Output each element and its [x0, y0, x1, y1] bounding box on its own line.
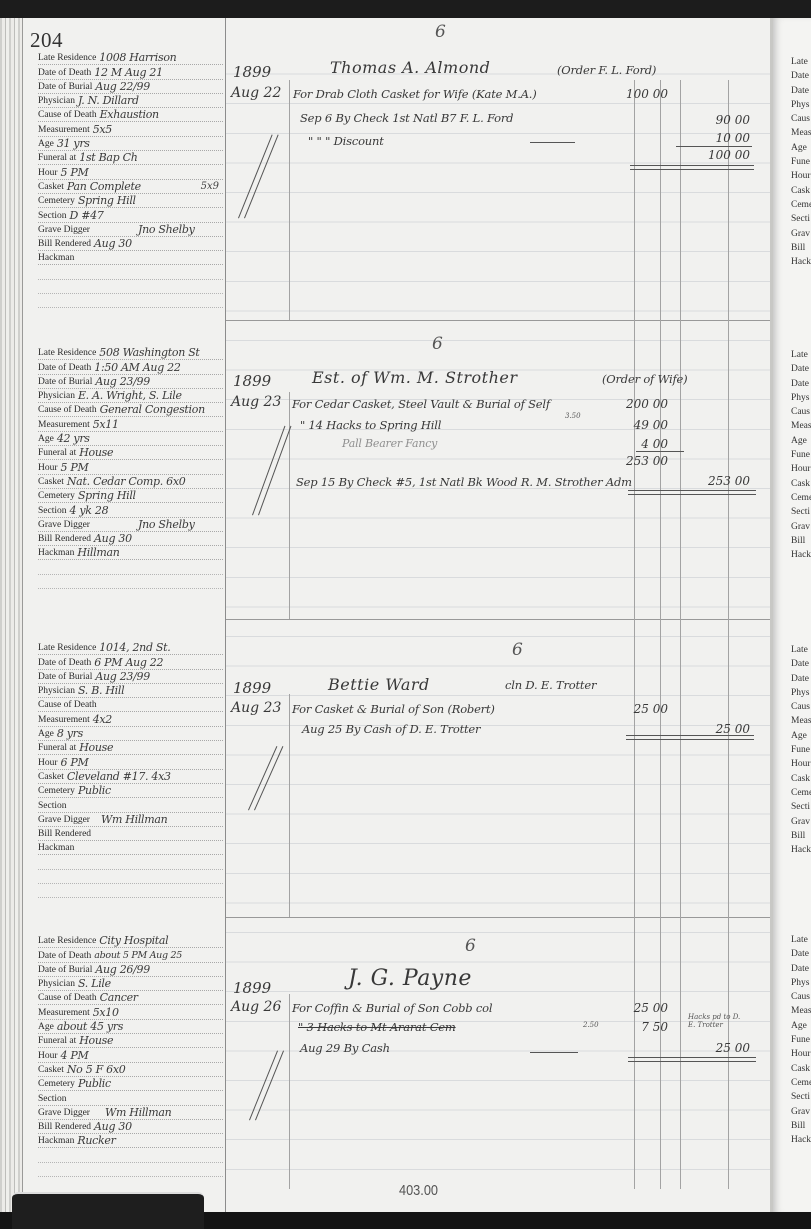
ledger-line: Sep 6 By Check 1st Natl B7 F. L. Ford	[300, 111, 513, 125]
field-late-residence: Late Residence1014, 2nd St.	[38, 641, 223, 655]
closing-double-rule	[628, 490, 756, 495]
account-mark: 6	[435, 22, 446, 42]
ledger-line: Sep 15 By Check #5, 1st Natl Bk Wood R. …	[296, 475, 632, 489]
account-date: Aug 26	[231, 999, 281, 1015]
credit-amount: 25 00	[692, 722, 750, 736]
field-late-residence: Late Residence1008 Harrison	[38, 51, 223, 65]
ledger-line: For Cedar Casket, Steel Vault & Burial o…	[292, 397, 550, 411]
account-date: Aug 22	[231, 85, 281, 101]
field-grave-digger: Grave DiggerJno Shelby	[38, 223, 223, 237]
account-year: 1899	[233, 372, 271, 390]
field-section: Section4 yk 28	[38, 503, 223, 517]
field-section: SectionD #47	[38, 208, 223, 222]
debit-total: 253 00	[618, 454, 668, 468]
field-bill-rendered: Bill RenderedAug 30	[38, 532, 223, 546]
account-mark: 6	[465, 936, 476, 956]
closing-double-rule	[628, 1057, 756, 1062]
blank-line	[38, 855, 223, 869]
field-late-residence: Late Residence508 Washington St	[38, 346, 223, 360]
facing-page-form-labels-1: LateDateDatePhysCausMeasAgeFuneHourCaskC…	[791, 55, 811, 269]
field-cause-of-death: Cause of DeathCancer	[38, 991, 223, 1005]
book-clip	[12, 1192, 204, 1229]
account-mark: 6	[432, 334, 443, 354]
ledger-line-pencil: Pall Bearer Fancy	[342, 437, 437, 450]
field-date-of-burial: Date of BurialAug 22/99	[38, 80, 223, 94]
debit-amount: 200 00	[618, 397, 668, 411]
field-age: Age31 yrs	[38, 137, 223, 151]
blank-line	[38, 560, 223, 574]
account-name: Est. of Wm. M. Strother	[312, 368, 518, 387]
debit-amount: 4 00	[618, 437, 668, 451]
field-hackman: HackmanHillman	[38, 546, 223, 560]
field-physician: PhysicianS. Lile	[38, 977, 223, 991]
field-hour: Hour5 PM	[38, 460, 223, 474]
ledger-line: For Coffin & Burial of Son Cobb col	[292, 1001, 492, 1015]
field-bill-rendered: Bill Rendered	[38, 827, 223, 841]
burial-record-3: Late Residence1014, 2nd St. Date of Deat…	[38, 641, 223, 898]
field-grave-digger: Grave DiggerJno Shelby	[38, 518, 223, 532]
field-physician: PhysicianS. B. Hill	[38, 684, 223, 698]
binding-line	[22, 18, 23, 1214]
page-number: 204	[30, 28, 63, 53]
blank-line	[38, 575, 223, 589]
column-divider-date	[289, 994, 290, 1189]
hack-rate-note: 2.50	[583, 1021, 599, 1029]
account-mark: 6	[512, 640, 523, 660]
field-age: Ageabout 45 yrs	[38, 1020, 223, 1034]
debit-amount: 25 00	[618, 1001, 668, 1015]
field-funeral-at: Funeral atHouse	[38, 741, 223, 755]
blank-line	[38, 884, 223, 898]
dash-rule	[530, 142, 575, 143]
field-hour: Hour6 PM	[38, 755, 223, 769]
ledger-line: For Casket & Burial of Son (Robert)	[292, 702, 495, 716]
field-cause-of-death: Cause of DeathGeneral Congestion	[38, 403, 223, 417]
credit-amount: 253 00	[692, 474, 750, 488]
field-funeral-at: Funeral atHouse	[38, 1034, 223, 1048]
ledger-line-struck: " 3 Hacks to Mt Ararat Cem	[298, 1020, 456, 1034]
field-hour: Hour5 PM	[38, 165, 223, 179]
ledger-line: For Drab Cloth Casket for Wife (Kate M.A…	[293, 87, 537, 101]
account-name-note: (Order F. L. Ford)	[557, 63, 656, 77]
field-casket: CasketNo 5 F 6x0	[38, 1063, 223, 1077]
page-edge-stack	[0, 18, 22, 1214]
hack-rate-note: 3.50	[565, 412, 581, 420]
credit-amount: 90 00	[692, 113, 750, 127]
field-late-residence: Late ResidenceCity Hospital	[38, 934, 223, 948]
column-divider-date	[289, 694, 290, 917]
section-divider	[226, 320, 770, 321]
column-divider-date	[289, 80, 290, 320]
field-measurement: Measurement5x5	[38, 122, 223, 136]
field-funeral-at: Funeral atHouse	[38, 446, 223, 460]
field-cemetery: CemeteryPublic	[38, 784, 223, 798]
burial-record-1: Late Residence1008 Harrison Date of Deat…	[38, 51, 223, 308]
burial-record-2: Late Residence508 Washington St Date of …	[38, 346, 223, 589]
facing-page-edge: LateDateDatePhysCausMeasAgeFuneHourCaskC…	[770, 18, 811, 1214]
field-hackman: Hackman	[38, 251, 223, 265]
closing-double-rule	[630, 165, 754, 170]
page-total: 403.00	[399, 1182, 438, 1199]
field-section: Section	[38, 798, 223, 812]
ledger-line: " 14 Hacks to Spring Hill	[300, 418, 441, 432]
blank-line	[38, 870, 223, 884]
field-physician: PhysicianJ. N. Dillard	[38, 94, 223, 108]
account-year: 1899	[233, 679, 271, 697]
hacks-paid-note: Hacks pd to D. E. Trotter	[688, 1013, 748, 1029]
ledger-line: " " " Discount	[308, 134, 384, 148]
field-hour: Hour4 PM	[38, 1048, 223, 1062]
field-hackman: Hackman	[38, 841, 223, 855]
field-bill-rendered: Bill RenderedAug 30	[38, 237, 223, 251]
ledger-line: Aug 25 By Cash of D. E. Trotter	[302, 722, 480, 736]
blank-line	[38, 294, 223, 308]
account-name-note: cln D. E. Trotter	[505, 678, 596, 692]
burial-record-4: Late ResidenceCity Hospital Date of Deat…	[38, 934, 223, 1177]
debit-amount: 49 00	[618, 418, 668, 432]
field-casket: CasketPan Complete5x9	[38, 180, 223, 194]
account-year: 1899	[233, 979, 271, 997]
field-date-of-death: Date of Death6 PM Aug 22	[38, 655, 223, 669]
field-date-of-burial: Date of BurialAug 23/99	[38, 670, 223, 684]
form-ledger-divider	[225, 18, 226, 1214]
field-hackman: HackmanRucker	[38, 1134, 223, 1148]
field-casket: CasketNat. Cedar Comp. 6x0	[38, 475, 223, 489]
field-grave-digger: Grave DiggerWm Hillman	[38, 1106, 223, 1120]
field-measurement: Measurement5x11	[38, 417, 223, 431]
account-date: Aug 23	[231, 394, 281, 410]
ledger-line: Aug 29 By Cash	[300, 1041, 390, 1055]
sum-rule	[676, 146, 752, 147]
field-grave-digger: Grave DiggerWm Hillman	[38, 813, 223, 827]
blank-line	[38, 265, 223, 279]
facing-page-form-labels-3: LateDateDatePhysCausMeasAgeFuneHourCaskC…	[791, 643, 811, 857]
account-name: J. G. Payne	[348, 966, 472, 991]
field-measurement: Measurement4x2	[38, 712, 223, 726]
field-date-of-death: Date of Death1:50 AM Aug 22	[38, 360, 223, 374]
field-cemetery: CemeterySpring Hill	[38, 489, 223, 503]
facing-page-form-labels-2: LateDateDatePhysCausMeasAgeFuneHourCaskC…	[791, 348, 811, 562]
field-funeral-at: Funeral at1st Bap Ch	[38, 151, 223, 165]
debit-amount: 25 00	[618, 702, 668, 716]
field-section: Section	[38, 1091, 223, 1105]
account-year: 1899	[233, 63, 271, 81]
field-physician: PhysicianE. A. Wright, S. Lile	[38, 389, 223, 403]
debit-amount: 7 50	[618, 1020, 668, 1034]
field-age: Age42 yrs	[38, 432, 223, 446]
credit-amount: 25 00	[692, 1041, 750, 1055]
column-divider-credit	[680, 80, 681, 1189]
credit-total: 100 00	[692, 148, 750, 162]
field-date-of-burial: Date of BurialAug 26/99	[38, 963, 223, 977]
field-casket: CasketCleveland #17. 4x3	[38, 770, 223, 784]
blank-line	[38, 280, 223, 294]
credit-amount: 10 00	[692, 131, 750, 145]
field-date-of-death: Date of Deathabout 5 PM Aug 25	[38, 948, 223, 962]
account-name-note: (Order of Wife)	[602, 372, 687, 386]
section-divider	[226, 917, 770, 918]
field-age: Age8 yrs	[38, 727, 223, 741]
field-cause-of-death: Cause of DeathExhaustion	[38, 108, 223, 122]
closing-double-rule	[626, 735, 754, 740]
account-name: Bettie Ward	[328, 675, 430, 694]
field-cemetery: CemeterySpring Hill	[38, 194, 223, 208]
blank-line	[38, 1148, 223, 1162]
facing-page-form-labels-4: LateDateDatePhysCausMeasAgeFuneHourCaskC…	[791, 933, 811, 1147]
field-cemetery: CemeteryPublic	[38, 1077, 223, 1091]
field-measurement: Measurement5x10	[38, 1005, 223, 1019]
field-bill-rendered: Bill RenderedAug 30	[38, 1120, 223, 1134]
account-name: Thomas A. Almond	[330, 58, 490, 77]
dash-rule	[530, 1052, 578, 1053]
section-divider	[226, 619, 770, 620]
field-date-of-burial: Date of BurialAug 23/99	[38, 375, 223, 389]
sum-rule	[636, 451, 684, 452]
account-date: Aug 23	[231, 700, 281, 716]
field-cause-of-death: Cause of Death	[38, 698, 223, 712]
debit-amount: 100 00	[618, 87, 668, 101]
field-date-of-death: Date of Death12 M Aug 21	[38, 65, 223, 79]
blank-line	[38, 1163, 223, 1177]
